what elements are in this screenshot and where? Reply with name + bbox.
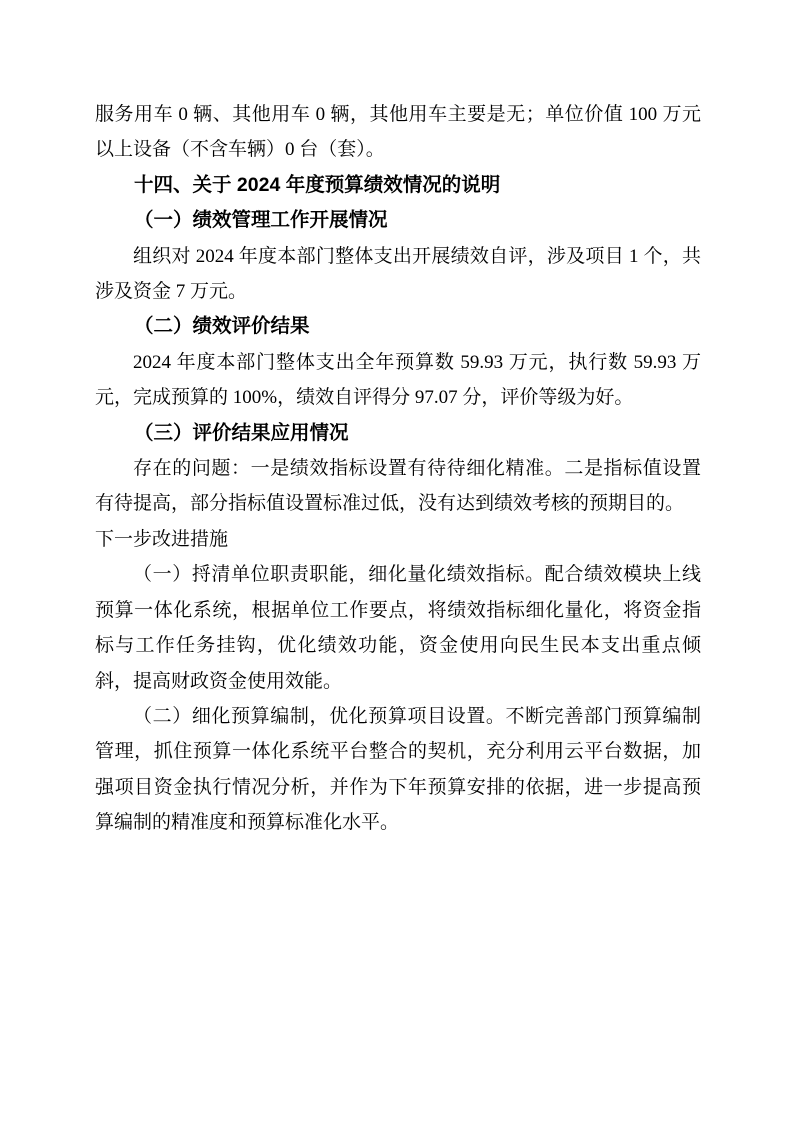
- subsection-heading-3: （三）评价结果应用情况: [95, 416, 701, 451]
- subsection-heading-2: （二）绩效评价结果: [95, 309, 701, 344]
- body-paragraph: 存在的问题：一是绩效指标设置有待待细化精准。二是指标值设置有待提高，部分指标值设…: [95, 451, 701, 522]
- subsection-heading-1: （一）绩效管理工作开展情况: [95, 203, 701, 238]
- document-page: 服务用车 0 辆、其他用车 0 辆，其他用车主要是无；单位价值 100 万元以上…: [0, 0, 793, 1122]
- body-paragraph-flush-left: 下一步改进措施: [95, 522, 701, 557]
- section-heading: 十四、关于 2024 年度预算绩效情况的说明: [95, 168, 701, 203]
- body-paragraph-overflow: 服务用车 0 辆、其他用车 0 辆，其他用车主要是无；单位价值 100 万元以上…: [95, 97, 701, 168]
- body-paragraph: 组织对 2024 年度本部门整体支出开展绩效自评，涉及项目 1 个，共涉及资金 …: [95, 239, 701, 310]
- document-content: 服务用车 0 辆、其他用车 0 辆，其他用车主要是无；单位价值 100 万元以上…: [95, 97, 701, 841]
- body-paragraph: （二）细化预算编制，优化预算项目设置。不断完善部门预算编制管理，抓住预算一体化系…: [95, 699, 701, 841]
- body-paragraph: 2024 年度本部门整体支出全年预算数 59.93 万元，执行数 59.93 万…: [95, 345, 701, 416]
- body-paragraph: （一）捋清单位职责职能，细化量化绩效指标。配合绩效模块上线预算一体化系统，根据单…: [95, 557, 701, 699]
